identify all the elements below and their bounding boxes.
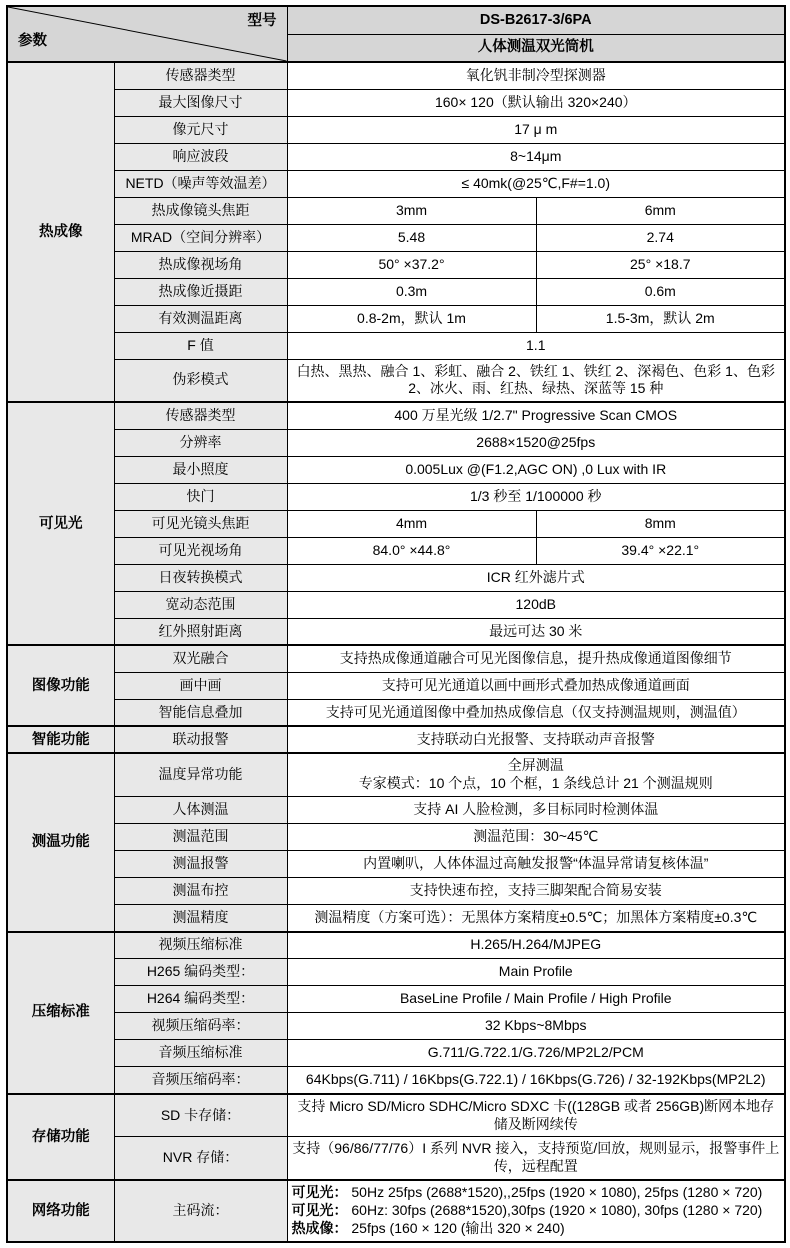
spec-row: 图像功能双光融合支持热成像通道融合可见光图像信息，提升热成像通道图像细节 (7, 645, 785, 672)
spec-row: 测温功能温度异常功能全屏测温专家模式：10 个点，10 个框，1 条线总计 21… (7, 753, 785, 796)
spec-value-cell: 内置喇叭，人体体温过高触发报警“体温异常请复核体温” (287, 851, 785, 878)
spec-label-cell: 宽动态范围 (114, 591, 287, 618)
spec-value-cell: 3mm (287, 197, 536, 224)
category-cell: 压缩标准 (7, 932, 114, 1094)
spec-value-cell: 测温精度（方案可选）：无黑体方案精度±0.5℃；加黑体方案精度±0.3℃ (287, 905, 785, 932)
stream-channel-label: 可见光： (292, 1202, 348, 1218)
spec-sheet-page: 型号 参数 DS-B2617-3/6PA 人体测温双光筒机 热成像传感器类型氧化… (0, 0, 790, 1248)
spec-label-cell: 分辨率 (114, 429, 287, 456)
stream-channel-label: 热成像： (292, 1220, 348, 1236)
spec-value-cell: 支持热成像通道融合可见光图像信息，提升热成像通道图像细节 (287, 645, 785, 672)
spec-label-cell: 传感器类型 (114, 62, 287, 89)
spec-label-cell: 最小照度 (114, 456, 287, 483)
spec-label-cell: 画中画 (114, 672, 287, 699)
spec-row: 测温报警内置喇叭，人体体温过高触发报警“体温异常请复核体温” (7, 851, 785, 878)
spec-value-cell: 全屏测温专家模式：10 个点，10 个框，1 条线总计 21 个测温规则 (287, 753, 785, 796)
spec-label-cell: 最大图像尺寸 (114, 89, 287, 116)
spec-label-cell: 可见光镜头焦距 (114, 510, 287, 537)
corner-model-label: 型号 (248, 12, 277, 31)
spec-value-cell: 支持 AI 人脸检测，多目标同时检测体温 (287, 797, 785, 824)
spec-label-cell: SD 卡存储： (114, 1094, 287, 1137)
diagonal-line (8, 7, 287, 61)
spec-row: 测温范围测温范围：30~45℃ (7, 824, 785, 851)
spec-value-cell: 6mm (536, 197, 785, 224)
spec-label-cell: 热成像镜头焦距 (114, 197, 287, 224)
spec-label-cell: 测温报警 (114, 851, 287, 878)
spec-row: 网络功能主码流：可见光： 50Hz 25fps (2688*1520),,25f… (7, 1180, 785, 1242)
spec-row: 热成像传感器类型氧化钒非制冷型探测器 (7, 62, 785, 89)
spec-value-cell: 0.8-2m，默认 1m (287, 305, 536, 332)
spec-row: 伪彩模式白热、黑热、融合 1、彩虹、融合 2、铁红 1、铁红 2、深褐色、色彩 … (7, 359, 785, 402)
model-number-cell: DS-B2617-3/6PA (287, 6, 785, 34)
category-cell: 存储功能 (7, 1094, 114, 1181)
spec-value-cell: 25° ×18.7 (536, 251, 785, 278)
spec-value-cell: G.711/G.722.1/G.726/MP2L2/PCM (287, 1040, 785, 1067)
spec-label-cell: NVR 存储： (114, 1137, 287, 1180)
spec-row: 音频压缩标准G.711/G.722.1/G.726/MP2L2/PCM (7, 1040, 785, 1067)
spec-row: 宽动态范围120dB (7, 591, 785, 618)
spec-row: 最小照度0.005Lux @(F1.2,AGC ON) ,0 Lux with … (7, 456, 785, 483)
spec-value-cell: 4mm (287, 510, 536, 537)
spec-value-cell: 支持（96/86/77/76）I 系列 NVR 接入，支持预览/回放，规则显示，… (287, 1137, 785, 1180)
spec-row: 最大图像尺寸160× 120（默认输出 320×240） (7, 89, 785, 116)
spec-row: 响应波段8~14μm (7, 143, 785, 170)
spec-row: 音频压缩码率：64Kbps(G.711) / 16Kbps(G.722.1) /… (7, 1067, 785, 1094)
spec-row: NVR 存储：支持（96/86/77/76）I 系列 NVR 接入，支持预览/回… (7, 1137, 785, 1180)
spec-row: H264 编码类型：BaseLine Profile / Main Profil… (7, 986, 785, 1013)
stream-channel-label: 可见光： (292, 1184, 348, 1200)
spec-label-cell: MRAD（空间分辨率） (114, 224, 287, 251)
spec-label-cell: 智能信息叠加 (114, 699, 287, 726)
spec-value-cell: 白热、黑热、融合 1、彩虹、融合 2、铁红 1、铁红 2、深褐色、色彩 1、色彩… (287, 359, 785, 402)
spec-value-cell: 84.0° ×44.8° (287, 537, 536, 564)
spec-row: MRAD（空间分辨率）5.482.74 (7, 224, 785, 251)
spec-label-cell: 日夜转换模式 (114, 564, 287, 591)
spec-label-cell: 主码流： (114, 1180, 287, 1242)
spec-value-cell: 2688×1520@25fps (287, 429, 785, 456)
corner-cell: 型号 参数 (7, 6, 287, 62)
corner-param-label: 参数 (18, 32, 47, 51)
spec-value-cell: ≤ 40mk(@25℃,F#=1.0) (287, 170, 785, 197)
spec-value-cell: 32 Kbps~8Mbps (287, 1013, 785, 1040)
spec-value-cell: 氧化钒非制冷型探测器 (287, 62, 785, 89)
spec-row: 可见光传感器类型400 万星光级 1/2.7" Progressive Scan… (7, 402, 785, 429)
spec-label-cell: 音频压缩标准 (114, 1040, 287, 1067)
spec-value-cell: 1.1 (287, 332, 785, 359)
spec-value-cell: 160× 120（默认输出 320×240） (287, 89, 785, 116)
spec-value-cell: 64Kbps(G.711) / 16Kbps(G.722.1) / 16Kbps… (287, 1067, 785, 1094)
value-line: 专家模式：10 个点，10 个框，1 条线总计 21 个测温规则 (292, 775, 781, 793)
spec-value-cell: 39.4° ×22.1° (536, 537, 785, 564)
spec-value-cell: 支持可见光通道图像中叠加热成像信息（仅支持测温规则，测温值） (287, 699, 785, 726)
stream-line: 热成像： 25fps (160 × 120 (输出 320 × 240) (292, 1220, 781, 1238)
spec-row: H265 编码类型：Main Profile (7, 959, 785, 986)
spec-row: 存储功能SD 卡存储：支持 Micro SD/Micro SDHC/Micro … (7, 1094, 785, 1137)
stream-line: 可见光： 60Hz: 30fps (2688*1520),30fps (1920… (292, 1202, 781, 1220)
spec-row: 可见光视场角84.0° ×44.8°39.4° ×22.1° (7, 537, 785, 564)
spec-value-cell: 120dB (287, 591, 785, 618)
spec-value-cell: 支持可见光通道以画中画形式叠加热成像通道画面 (287, 672, 785, 699)
spec-label-cell: 温度异常功能 (114, 753, 287, 796)
spec-row: 像元尺寸17 μ m (7, 116, 785, 143)
spec-label-cell: 伪彩模式 (114, 359, 287, 402)
spec-value-cell: 5.48 (287, 224, 536, 251)
spec-row: 日夜转换模式ICR 红外滤片式 (7, 564, 785, 591)
spec-row: 快门1/3 秒至 1/100000 秒 (7, 483, 785, 510)
spec-value-cell: Main Profile (287, 959, 785, 986)
spec-row: 视频压缩码率：32 Kbps~8Mbps (7, 1013, 785, 1040)
category-cell: 可见光 (7, 402, 114, 645)
category-cell: 测温功能 (7, 753, 114, 931)
spec-label-cell: 测温范围 (114, 824, 287, 851)
spec-label-cell: NETD（噪声等效温差） (114, 170, 287, 197)
spec-label-cell: 热成像视场角 (114, 251, 287, 278)
category-cell: 图像功能 (7, 645, 114, 726)
spec-value-cell: 支持快速布控，支持三脚架配合简易安装 (287, 878, 785, 905)
spec-table: 型号 参数 DS-B2617-3/6PA 人体测温双光筒机 热成像传感器类型氧化… (6, 5, 786, 1243)
header-row-model: 型号 参数 DS-B2617-3/6PA (7, 6, 785, 34)
spec-row: 热成像镜头焦距3mm6mm (7, 197, 785, 224)
stream-line: 可见光： 50Hz 25fps (2688*1520),,25fps (1920… (292, 1184, 781, 1202)
spec-value-cell: 400 万星光级 1/2.7" Progressive Scan CMOS (287, 402, 785, 429)
spec-label-cell: 视频压缩码率： (114, 1013, 287, 1040)
spec-value-cell: 8mm (536, 510, 785, 537)
spec-row: 有效测温距离0.8-2m，默认 1m1.5-3m，默认 2m (7, 305, 785, 332)
spec-row: 测温布控支持快速布控，支持三脚架配合简易安装 (7, 878, 785, 905)
spec-label-cell: 可见光视场角 (114, 537, 287, 564)
spec-row: 热成像近摄距0.3m0.6m (7, 278, 785, 305)
spec-value-cell: 最远可达 30 米 (287, 618, 785, 645)
value-line: 全屏测温 (292, 757, 781, 775)
spec-row: 红外照射距离最远可达 30 米 (7, 618, 785, 645)
spec-value-cell: 1/3 秒至 1/100000 秒 (287, 483, 785, 510)
spec-value-cell: 可见光： 50Hz 25fps (2688*1520),,25fps (1920… (287, 1180, 785, 1242)
spec-value-cell: H.265/H.264/MJPEG (287, 932, 785, 959)
category-cell: 热成像 (7, 62, 114, 402)
spec-label-cell: 快门 (114, 483, 287, 510)
spec-label-cell: 传感器类型 (114, 402, 287, 429)
spec-label-cell: H264 编码类型： (114, 986, 287, 1013)
spec-row: 可见光镜头焦距4mm8mm (7, 510, 785, 537)
spec-row: 智能功能联动报警支持联动白光报警、支持联动声音报警 (7, 726, 785, 753)
spec-row: 热成像视场角50° ×37.2°25° ×18.7 (7, 251, 785, 278)
spec-row: NETD（噪声等效温差）≤ 40mk(@25℃,F#=1.0) (7, 170, 785, 197)
category-cell: 网络功能 (7, 1180, 114, 1242)
spec-value-cell: 0.005Lux @(F1.2,AGC ON) ,0 Lux with IR (287, 456, 785, 483)
spec-value-cell: 支持 Micro SD/Micro SDHC/Micro SDXC 卡((128… (287, 1094, 785, 1137)
spec-label-cell: F 值 (114, 332, 287, 359)
spec-label-cell: 视频压缩标准 (114, 932, 287, 959)
spec-label-cell: 人体测温 (114, 797, 287, 824)
spec-value-cell: 50° ×37.2° (287, 251, 536, 278)
spec-value-cell: 支持联动白光报警、支持联动声音报警 (287, 726, 785, 753)
spec-label-cell: 像元尺寸 (114, 116, 287, 143)
spec-row: 智能信息叠加支持可见光通道图像中叠加热成像信息（仅支持测温规则，测温值） (7, 699, 785, 726)
spec-label-cell: 红外照射距离 (114, 618, 287, 645)
spec-value-cell: ICR 红外滤片式 (287, 564, 785, 591)
spec-label-cell: 测温精度 (114, 905, 287, 932)
spec-label-cell: 联动报警 (114, 726, 287, 753)
spec-value-cell: 1.5-3m，默认 2m (536, 305, 785, 332)
category-cell: 智能功能 (7, 726, 114, 753)
spec-label-cell: 音频压缩码率： (114, 1067, 287, 1094)
spec-label-cell: 热成像近摄距 (114, 278, 287, 305)
spec-label-cell: 双光融合 (114, 645, 287, 672)
spec-value-cell: BaseLine Profile / Main Profile / High P… (287, 986, 785, 1013)
spec-label-cell: 测温布控 (114, 878, 287, 905)
spec-row: 画中画支持可见光通道以画中画形式叠加热成像通道画面 (7, 672, 785, 699)
spec-label-cell: 响应波段 (114, 143, 287, 170)
spec-row: 人体测温支持 AI 人脸检测，多目标同时检测体温 (7, 797, 785, 824)
spec-label-cell: 有效测温距离 (114, 305, 287, 332)
spec-value-cell: 0.6m (536, 278, 785, 305)
spec-row: 压缩标准视频压缩标准H.265/H.264/MJPEG (7, 932, 785, 959)
spec-value-cell: 测温范围：30~45℃ (287, 824, 785, 851)
spec-row: 分辨率2688×1520@25fps (7, 429, 785, 456)
product-name-cell: 人体测温双光筒机 (287, 34, 785, 62)
spec-row: F 值1.1 (7, 332, 785, 359)
spec-value-cell: 17 μ m (287, 116, 785, 143)
spec-value-cell: 2.74 (536, 224, 785, 251)
spec-label-cell: H265 编码类型： (114, 959, 287, 986)
spec-value-cell: 8~14μm (287, 143, 785, 170)
spec-row: 测温精度测温精度（方案可选）：无黑体方案精度±0.5℃；加黑体方案精度±0.3℃ (7, 905, 785, 932)
spec-value-cell: 0.3m (287, 278, 536, 305)
